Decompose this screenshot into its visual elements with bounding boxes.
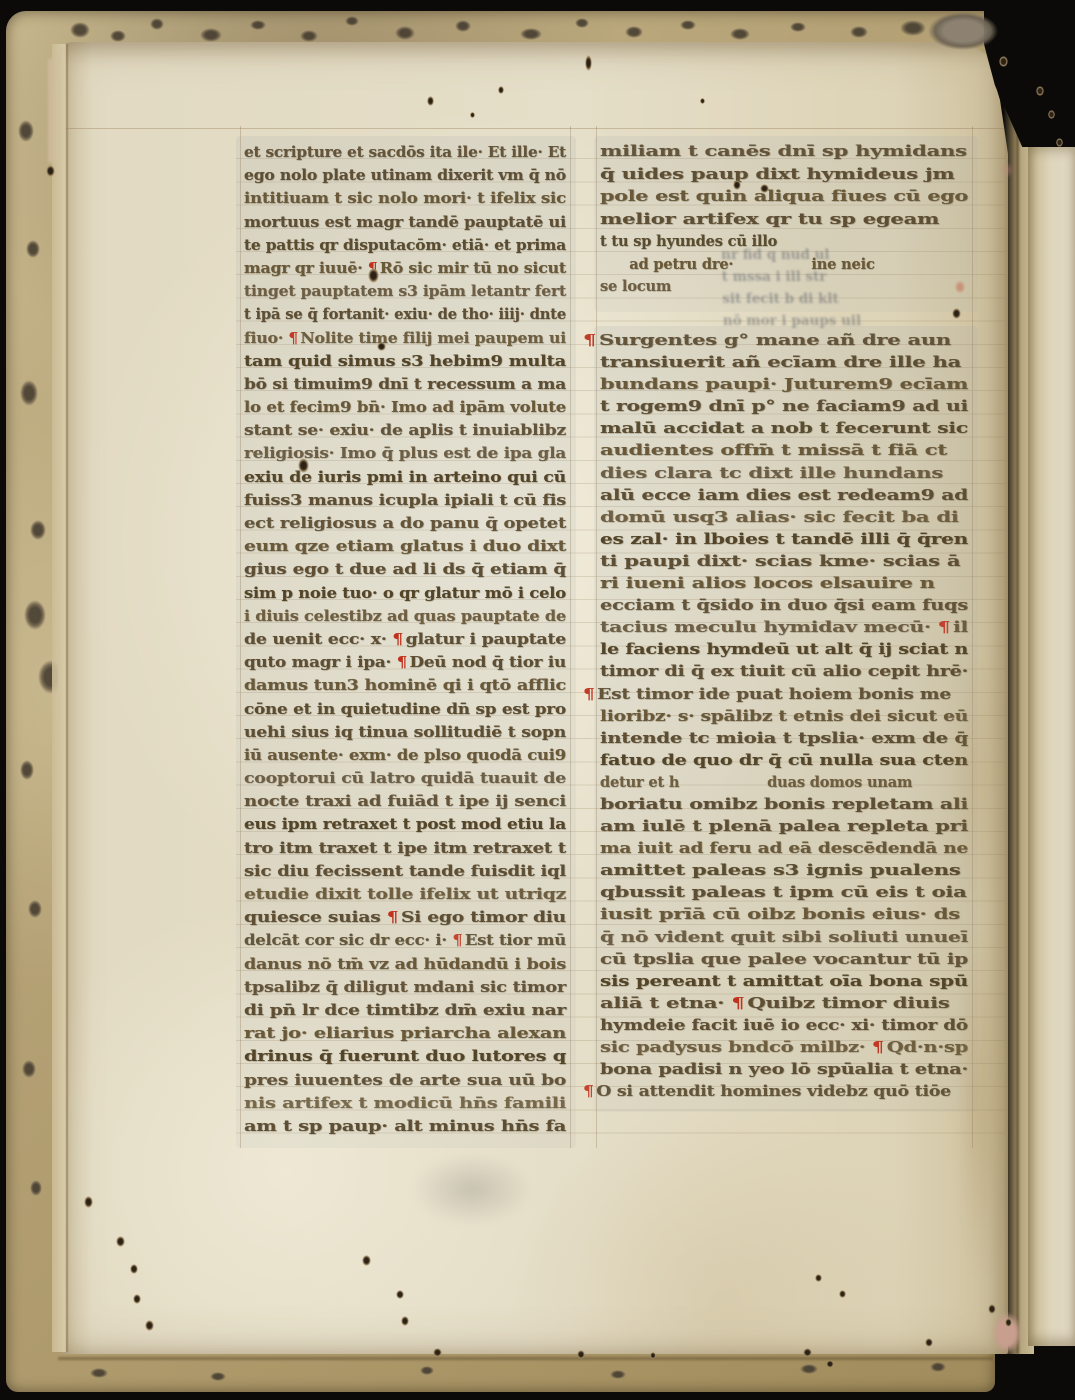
manuscript-text-line: t rogem9 dnī p° ne faciam9 ad ui	[600, 396, 968, 418]
rubric-paraph-mark: ¶	[872, 1039, 887, 1056]
manuscript-text-line: melior artifex qr tu sp egeam	[600, 209, 968, 232]
wormhole	[700, 98, 705, 104]
wormhole	[650, 1352, 656, 1359]
cover-damage-spot	[420, 1366, 434, 1375]
show-through-line: nō mor i paups uil	[723, 310, 862, 332]
manuscript-text-line: ad petru dre· ine neic	[600, 254, 968, 277]
manuscript-text-line: lioribz· s· spālibz t etnis dei sicut eū	[600, 706, 968, 728]
manuscript-text-line: detur et h duas domos unam	[600, 772, 968, 794]
manuscript-text-line: rat jo· eliarius priarcha alexan	[244, 1022, 566, 1045]
manuscript-text-line: pole est quin aliqua fiues cū ego	[600, 186, 968, 209]
manuscript-photo: nr fid q nud ult mssa i ill strsit fecit…	[0, 0, 1075, 1400]
manuscript-text-line: boriatu omibz bonis repletam ali	[600, 794, 968, 816]
pink-stain-dot	[1000, 160, 1015, 180]
manuscript-text-line: am t sp paup· alt minus hn̄s fa	[244, 1115, 566, 1138]
wormhole	[585, 55, 592, 71]
cover-damage-spot	[110, 30, 126, 42]
manuscript-text-line: timor di q̄ ex tiuit cū alio cepit hrē·	[600, 661, 968, 683]
manuscript-text-line: tro itm traxet t ipe itm retraxet t	[244, 837, 566, 860]
manuscript-text-line: sim p noie tuo· o qr glatur mō i celo	[244, 582, 566, 605]
wormhole	[803, 1348, 812, 1357]
manuscript-text-line: amittet paleas s3 ignis pualens	[600, 860, 968, 882]
cover-damage-spot	[850, 26, 868, 38]
manuscript-text-line: intende tc mioia t tpslia· exm de q̄	[600, 728, 968, 750]
manuscript-text-line: dies clara tc dixt ille hundans	[600, 463, 968, 485]
manuscript-text-line: t tu sp hyundes cū illo	[600, 231, 968, 254]
manuscript-text-line: bona padisi n yeo lō spūalia t etna·	[600, 1059, 968, 1081]
rubric-paraph-mark: ¶	[731, 995, 747, 1012]
wormhole	[925, 1338, 933, 1347]
manuscript-text-line: bō si timuim9 dnī t recessum a ma	[244, 373, 566, 396]
wormhole	[433, 1348, 442, 1357]
text-column-right-block-a: miliam t canēs dnī sp hymidansq̄ uides p…	[600, 141, 968, 299]
manuscript-text-line: sis pereant t amittat oīa bona spū	[600, 971, 968, 993]
gutter-tan-stain	[938, 610, 1013, 940]
manuscript-text-line: q̄ nō vident quit sibi soliuti unueī	[600, 927, 968, 949]
manuscript-text-line: cū tpslia que palee vocantur tū ip	[600, 949, 968, 971]
wormhole	[839, 1290, 846, 1298]
cover-damage-spot	[520, 28, 542, 40]
manuscript-text-line: ect religiosus a do panu q̄ opetet	[244, 512, 566, 535]
manuscript-text-line: nis artifex t modicū hn̄s famili	[244, 1092, 566, 1115]
manuscript-text-line: fiuo· ¶Nolite time filij mei paupem ui	[244, 327, 566, 350]
manuscript-text-line: ecciam t q̄sido in duo q̄si eam fuqs	[600, 595, 968, 617]
manuscript-text-line: sic diu fecissent tande fuisdit iql	[244, 860, 566, 883]
facing-page-edge	[1028, 146, 1075, 1346]
cover-damage-spot	[28, 900, 42, 918]
manuscript-text-line: iū ausente· exm· de plso quodā cui9	[244, 744, 566, 767]
wormhole	[84, 1196, 93, 1208]
cover-damage-spot	[30, 520, 46, 540]
wormhole	[396, 1290, 404, 1299]
rubric-paraph-mark: ¶	[583, 686, 597, 703]
manuscript-text-line: et scripture et sacdōs ita ile· Et ille·…	[244, 141, 566, 164]
manuscript-text-line: domū usq3 alias· sic fecit ba di	[600, 507, 968, 529]
cover-damage-spot	[250, 20, 266, 30]
manuscript-text-line: gius ego t due ad li ds q̄ etiam q̄	[244, 558, 566, 581]
wormhole	[952, 308, 961, 319]
cover-damage-spot	[22, 1060, 36, 1078]
manuscript-text-line: ¶Surgentes g° mane añ dre aun	[583, 330, 968, 352]
manuscript-text-line: iusit prīā cū oibz bonis eius· ds	[600, 904, 968, 926]
rubric-paraph-mark: ¶	[583, 1083, 596, 1100]
cover-damage-spot	[150, 18, 164, 30]
manuscript-text-line: de uenit ecc· x· ¶glatur i pauptate	[244, 628, 566, 651]
manuscript-text-line: danus nō tm̄ vz ad hūdandū i bois	[244, 953, 566, 976]
cover-damage-spot	[455, 20, 471, 32]
manuscript-text-line: tam quid simus s3 hebim9 multa	[244, 350, 566, 373]
manuscript-text-line: eum qze etiam glatus i duo dixt	[244, 535, 566, 558]
cover-damage-spot	[730, 28, 750, 40]
wormhole	[826, 1360, 834, 1368]
cover-damage-spot	[610, 1370, 626, 1379]
wormhole	[733, 180, 741, 190]
cover-damage-spot	[70, 22, 90, 38]
cover-damage-spot	[24, 600, 46, 630]
gray-smudge-stain	[392, 1142, 552, 1237]
manuscript-text-line: ego nolo plate utinam dixerit vm q̄ nō	[244, 164, 566, 187]
manuscript-text-line: lo et fecim9 bn̄· Imo ad ipām volute	[244, 396, 566, 419]
wormhole	[1048, 110, 1055, 119]
manuscript-text-line: damus tun3 hominē qi i qtō afflic	[244, 674, 566, 697]
cover-damage-spot	[790, 22, 806, 32]
manuscript-text-line: delcāt cor sic dr ecc· i· ¶Est tior mū	[244, 929, 566, 952]
rubric-paraph-mark: ¶	[938, 619, 953, 636]
manuscript-text-line: stant se· exiu· de aplis t inuiablibz	[244, 419, 566, 442]
manuscript-text-line: intitiuam t sic nolo mori· t ifelix sic	[244, 187, 566, 210]
text-column-right-block-b: ¶Surgentes g° mane añ dre auntransiuerit…	[600, 330, 968, 1103]
page-inner-edge	[52, 44, 66, 1352]
manuscript-text-line: q̄ uides paup dixt hymideus jm	[600, 164, 968, 187]
torn-cover-corner	[928, 12, 998, 50]
manuscript-text-line: transiuerit añ ecīam dre ille ha	[600, 352, 968, 374]
wormhole	[401, 1316, 409, 1326]
cover-damage-spot	[900, 20, 926, 36]
rubric-paraph-mark: ¶	[583, 332, 599, 349]
manuscript-text-line: es zal· in lboies t tandē illi q̄ q̄ren	[600, 529, 968, 551]
wormhole	[298, 458, 309, 473]
manuscript-text-line: hymdeie facit iuē io ecc· xi· timor dō	[600, 1015, 968, 1037]
wormhole	[988, 1304, 996, 1314]
manuscript-text-line: ma iuit ad feru ad eā descēdendā ne	[600, 838, 968, 860]
manuscript-text-line: magr qr iuuē· ¶Rō sic mir tū no sicut	[244, 257, 566, 280]
cover-damage-spot	[20, 380, 38, 406]
manuscript-text-line: quto magr i ipa· ¶Deū nod q̄ tior iu	[244, 651, 566, 674]
rubric-paraph-mark: ¶	[397, 654, 410, 671]
wormhole	[470, 112, 475, 118]
cover-damage-spot	[26, 240, 40, 258]
cover-damage-spot	[200, 28, 222, 42]
wormhole	[130, 1264, 138, 1274]
wormhole	[999, 56, 1008, 67]
cover-damage-spot	[625, 26, 643, 38]
manuscript-text-line: fatuo de quo dr q̄ cū nulla sua cten	[600, 750, 968, 772]
cover-damage-spot	[20, 760, 34, 780]
manuscript-text-line: i diuis celestibz ad quas pauptate de	[244, 605, 566, 628]
cover-bottom-crease	[58, 1357, 993, 1360]
wormhole	[577, 1350, 585, 1359]
wormhole	[1036, 86, 1044, 96]
manuscript-text-line: se locum	[600, 276, 968, 299]
manuscript-text-line: mortuus est magr tandē pauptatē ui	[244, 211, 566, 234]
cover-damage-spot	[680, 20, 696, 30]
cover-damage-spot	[300, 30, 318, 42]
manuscript-text-line: miliam t canēs dnī sp hymidans	[600, 141, 968, 164]
wormhole	[116, 1236, 125, 1247]
manuscript-text-line: quiesce suias ¶Si ego timor diu	[244, 906, 566, 929]
manuscript-text-line: alū ecce iam dies est redeam9 ad	[600, 485, 968, 507]
wormhole	[760, 184, 769, 193]
wormhole	[427, 96, 434, 106]
manuscript-text-line: uehi sius iq tinua sollitudiē t sopn	[244, 721, 566, 744]
cover-damage-spot	[18, 120, 34, 142]
manuscript-text-line: fuiss3 manus icupla ipiali t cū fis	[244, 489, 566, 512]
cover-damage-spot	[345, 16, 359, 26]
manuscript-text-line: di pn̄ lr dce timtibz dm̄ exiu nar	[244, 999, 566, 1022]
rubric-paraph-mark: ¶	[288, 330, 300, 347]
manuscript-text-line: ti paupi dixt· scias kme· scias ā	[600, 551, 968, 573]
manuscript-text-line: t ipā se q̄ fortanit· exiu· de tho· iiij…	[244, 303, 566, 326]
cover-damage-spot	[575, 18, 589, 28]
wormhole	[133, 1294, 141, 1304]
wormhole	[362, 1255, 371, 1266]
cover-damage-spot	[800, 1364, 818, 1374]
manuscript-text-line: cooptorui cū latro quidā tuauit de	[244, 767, 566, 790]
page-fold-crease	[66, 44, 68, 1352]
manuscript-text-line: am iulē t plenā palea repleta pri	[600, 816, 968, 838]
manuscript-text-line: aliā t etna· ¶Quibz timor diuis	[600, 993, 968, 1015]
manuscript-text-line: te pattis qr disputacōm· etiā· et prima	[244, 234, 566, 257]
top-margin-rule	[66, 128, 1004, 129]
text-column-left: et scripture et sacdōs ita ile· Et ille·…	[244, 141, 566, 1138]
cover-damage-spot	[930, 1362, 946, 1372]
wormhole	[46, 165, 55, 177]
manuscript-text-line: drinus q̄ fuerunt duo lutores q	[244, 1045, 566, 1068]
cover-damage-spot	[90, 1368, 108, 1378]
manuscript-text-line: eus ipm retraxet t post mod etiu la	[244, 813, 566, 836]
manuscript-text-line: etudie dixit tolle ifelix ut utriqz	[244, 883, 566, 906]
rubric-paraph-mark: ¶	[392, 631, 405, 648]
manuscript-text-line: le faciens hymdeū ut alt q̄ ij sciat n	[600, 639, 968, 661]
manuscript-text-line: tinget pauptatem s3 ipām letantr fert	[244, 280, 566, 303]
wormhole	[815, 1274, 822, 1282]
manuscript-text-line: tacius meculu hymidav mecū· ¶il	[600, 617, 968, 639]
wormhole	[377, 342, 386, 351]
manuscript-text-line: pres iuuentes de arte sua uū bo	[244, 1069, 566, 1092]
manuscript-text-line: bundans paupi· Juturem9 ecīam	[600, 374, 968, 396]
manuscript-text-line: ri iueni alios locos elsauire n	[600, 573, 968, 595]
cover-damage-spot	[395, 26, 415, 40]
rubric-paraph-mark: ¶	[452, 932, 464, 949]
manuscript-text-line: sic padysus bndcō milbz· ¶Qd·n·sp	[600, 1037, 968, 1059]
manuscript-text-line: ¶Est timor ide puat hoiem bonis me	[583, 684, 968, 706]
manuscript-text-line: ¶O si attendit homines videbz quō tiōe	[583, 1081, 968, 1103]
manuscript-text-line: cōne et in quietudine dn̄ sp est pro	[244, 698, 566, 721]
wormhole	[498, 86, 504, 94]
manuscript-text-line: malū accidat a nob t fecerunt sic	[600, 418, 968, 440]
cover-damage-spot	[30, 1180, 42, 1196]
gutter-shadow-line	[1016, 42, 1019, 1354]
manuscript-text-line: exiu de iuris pmi in arteino qui cū	[244, 466, 566, 489]
wormhole	[368, 268, 379, 283]
cover-damage-spot	[210, 1372, 226, 1381]
wormhole	[1005, 1318, 1012, 1327]
manuscript-text-line: religiosis· Imo q̄ plus est de ipa gla	[244, 442, 566, 465]
margin-tan-stain	[950, 890, 1010, 1320]
wormhole	[145, 1320, 154, 1331]
wormhole	[1056, 138, 1063, 147]
manuscript-text-line: audientes offm̄ t missā t fiā ct	[600, 440, 968, 462]
manuscript-text-line: tpsalibz q̄ diligut mdani sic timor	[244, 976, 566, 999]
rubric-paraph-mark: ¶	[387, 909, 401, 926]
manuscript-text-line: nocte traxi ad fuiād t ipe ij senci	[244, 790, 566, 813]
manuscript-text-line: qbussit paleas t ipm cū eis t oia	[600, 882, 968, 904]
